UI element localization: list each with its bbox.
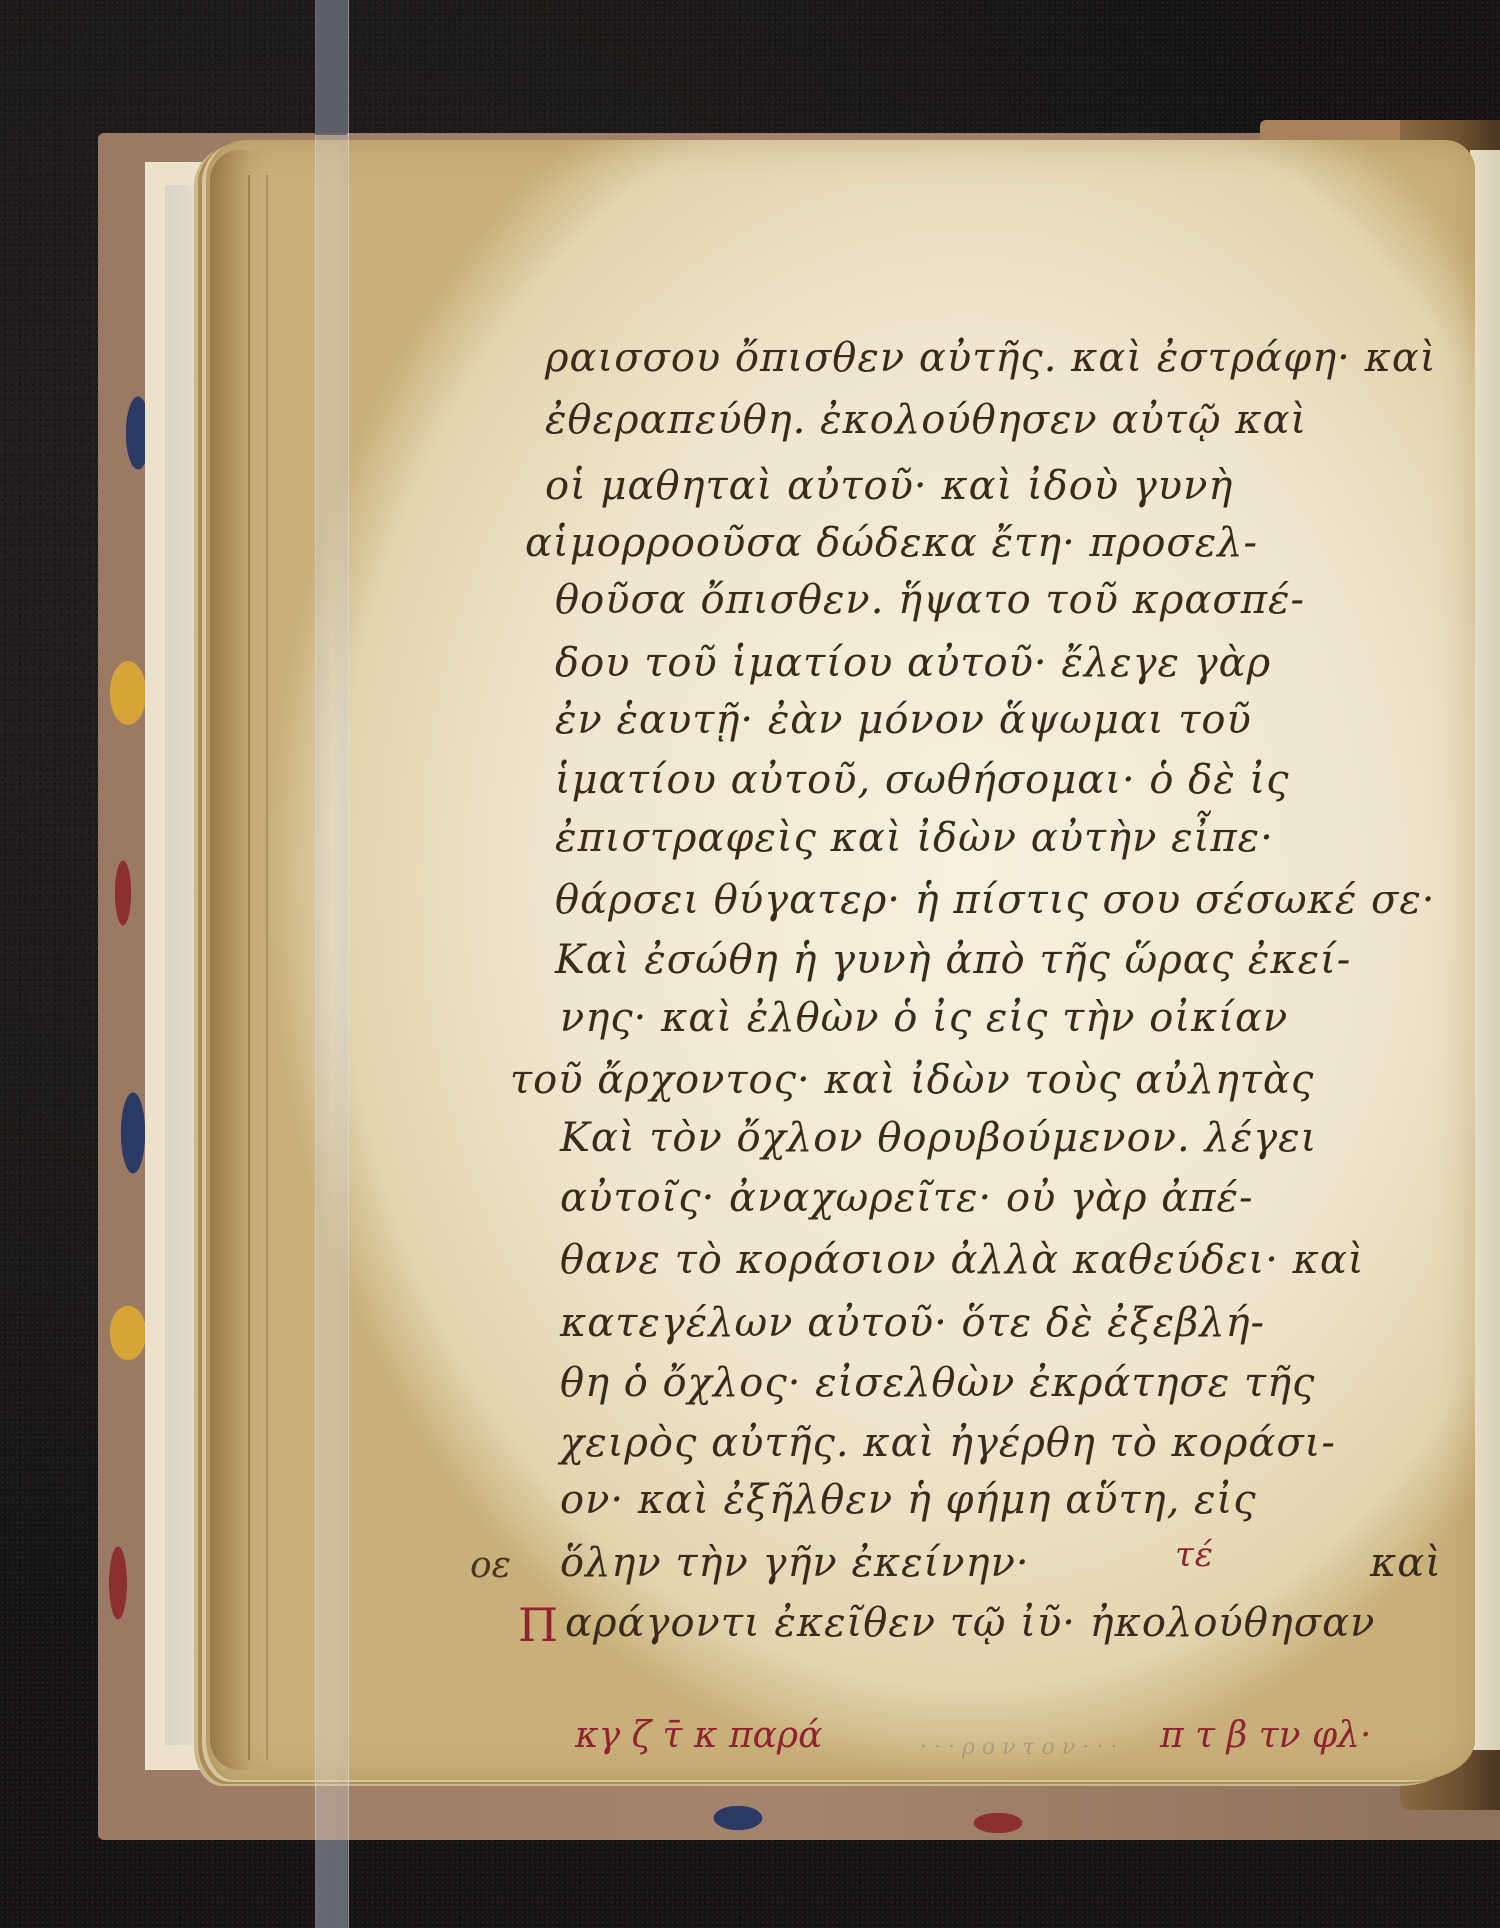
text-line-12: νης· καὶ ἐλθὼν ὁ ἰς εἰς τὴν οἰκίαν <box>560 995 1288 1041</box>
text-line-15: αὐτοῖς· ἀναχωρεῖτε· οὐ γὰρ ἀπέ- <box>560 1175 1253 1221</box>
text-line-21-end: καὶ <box>1370 1540 1442 1586</box>
text-line-17: κατεγέλων αὐτοῦ· ὅτε δὲ ἐξεβλή- <box>560 1300 1265 1346</box>
text-line-7: ἐν ἑαυτῇ· ἐὰν μόνον ἅψωμαι τοῦ <box>555 697 1252 743</box>
text-line-18: θη ὁ ὄχλος· εἰσελθὼν ἐκράτησε τῆς <box>560 1360 1315 1406</box>
text-line-21: ὅλην τὴν γῆν ἐκείνην· <box>560 1540 1030 1586</box>
show-through-text: · · · ρ ο ν τ ο ν · · · <box>920 1735 1117 1760</box>
mylar-strap-top <box>315 0 347 135</box>
text-line-10: θάρσει θύγατερ· ἡ πίστις σου σέσωκέ σε· <box>555 877 1436 923</box>
text-line-8: ἱματίου αὐτοῦ, σωθήσομαι· ὁ δὲ ἰς <box>555 757 1290 803</box>
text-line-16: θανε τὸ κοράσιον ἀλλὰ καθεύδει· καὶ <box>560 1237 1365 1283</box>
text-line-3: οἱ μαθηταὶ αὐτοῦ· καὶ ἰδοὺ γυνὴ <box>545 463 1233 509</box>
text-line-14: Καὶ τὸν ὄχλον θορυβούμενον. λέγει <box>560 1115 1317 1161</box>
text-line-19: χειρὸς αὐτῆς. καὶ ἠγέρθη τὸ κοράσι- <box>560 1420 1336 1466</box>
text-line-11: Καὶ ἐσώθη ἡ γυνὴ ἀπὸ τῆς ὥρας ἐκεί- <box>555 937 1351 983</box>
lectionary-rubric-left: κγ ζ τ̄ κ παρά <box>575 1715 822 1756</box>
mylar-strap-bottom <box>315 1840 347 1928</box>
lectionary-rubric-right: π τ β τν φλ· <box>1160 1715 1371 1756</box>
text-line-5: θοῦσα ὄπισθεν. ἥψατο τοῦ κρασπέ- <box>555 577 1305 623</box>
mylar-strap <box>315 0 349 1928</box>
text-line-4: αἱμορροοῦσα δώδεκα ἔτη· προσελ- <box>525 520 1258 566</box>
text-line-2: ἐθεραπεύθη. ἐκολούθησεν αὐτῷ καὶ <box>545 397 1307 443</box>
text-line-13: τοῦ ἄρχοντος· καὶ ἰδὼν τοὺς αὐλητὰς <box>510 1057 1314 1103</box>
margin-section-numeral: οε <box>470 1545 511 1586</box>
text-line-20: ον· καὶ ἐξῆλθεν ἡ φήμη αὕτη, εἰς <box>560 1477 1257 1523</box>
rubricated-initial: Π <box>518 1598 558 1652</box>
page-stack-edges <box>248 175 268 1760</box>
text-line-22: αράγοντι ἐκεῖθεν τῷ ἰῦ· ἠκολούθησαν <box>565 1600 1375 1646</box>
rubric-telos-mark: τέ <box>1175 1535 1214 1575</box>
text-line-1: ραισσου ὄπισθεν αὐτῆς. καὶ ἐστράφη· καὶ <box>545 335 1437 381</box>
text-line-6: δου τοῦ ἱματίου αὐτοῦ· ἔλεγε γὰρ <box>555 640 1271 686</box>
text-line-9: ἐπιστραφεὶς καὶ ἰδὼν αὐτὴν εἶπε· <box>555 815 1274 861</box>
